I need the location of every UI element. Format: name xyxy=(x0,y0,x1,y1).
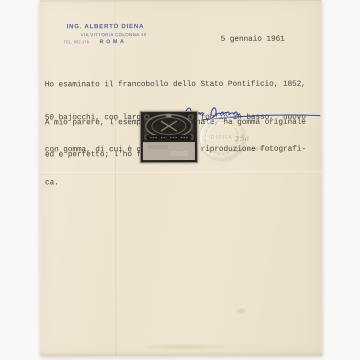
letterhead-phone: Tel. 652-176 xyxy=(64,40,89,44)
embossed-seal-text: DIENA xyxy=(211,135,234,141)
paper-stain xyxy=(145,344,225,350)
pencil-note-catalog: 25a xyxy=(235,134,250,143)
letterhead-address: Via Vittoria Colonna 40 xyxy=(81,32,147,37)
typed-line: Ho esaminato il francobollo dello Stato … xyxy=(45,79,306,91)
letterhead-city: ROMA xyxy=(100,39,127,45)
letter-paper: Ing. Alberto Diena Via Vittoria Colonna … xyxy=(40,0,323,356)
paper-stain xyxy=(236,308,246,314)
scan-background: Ing. Alberto Diena Via Vittoria Colonna … xyxy=(0,0,360,360)
signature-ink-strokes xyxy=(184,108,320,120)
stamp-photo xyxy=(140,111,198,163)
letterhead-name: Ing. Alberto Diena xyxy=(67,23,145,30)
letter-date: 5 gennaio 1961 xyxy=(221,36,285,44)
